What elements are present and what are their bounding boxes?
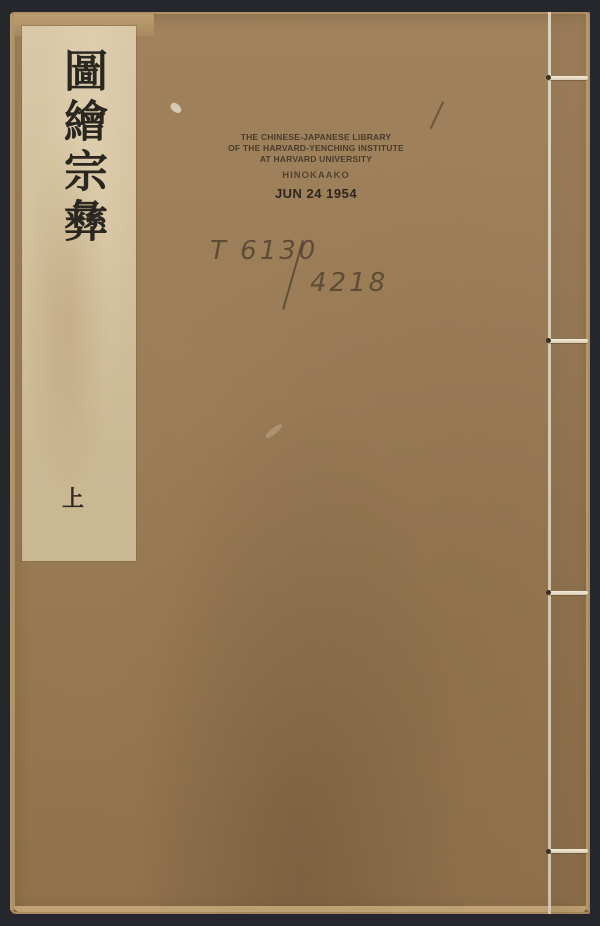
binding-thread-vertical xyxy=(548,12,551,914)
stamp-department: HINOKAAKO xyxy=(216,170,416,181)
spine-area xyxy=(551,12,587,914)
binding-thread xyxy=(548,591,588,595)
binding-hole xyxy=(546,75,551,80)
binding-thread xyxy=(548,339,588,343)
binding-hole xyxy=(546,338,551,343)
volume-mark: 上 xyxy=(62,482,84,513)
library-stamp: THE CHINESE-JAPANESE LIBRARY OF THE HARV… xyxy=(216,132,416,201)
call-number-bottom: 4218 xyxy=(310,268,388,298)
stamp-line-1: THE CHINESE-JAPANESE LIBRARY xyxy=(216,132,416,143)
stamp-line-2: OF THE HARVARD-YENCHING INSTITUTE xyxy=(216,143,416,154)
spine-edge xyxy=(586,14,588,910)
binding-hole xyxy=(546,590,551,595)
binding-hole xyxy=(546,849,551,854)
stamp-line-3: AT HARVARD UNIVERSITY xyxy=(216,154,416,165)
book-title: 圖繪宗彝 xyxy=(46,48,106,248)
binding-thread xyxy=(548,849,588,853)
binding-thread xyxy=(548,76,588,80)
scan-background: 圖繪宗彝 上 THE CHINESE-JAPANESE LIBRARY OF T… xyxy=(0,0,600,926)
cover-bottom-edge xyxy=(14,906,586,912)
stamp-date: JUN 24 1954 xyxy=(216,186,416,201)
cover-left-edge xyxy=(10,14,15,910)
